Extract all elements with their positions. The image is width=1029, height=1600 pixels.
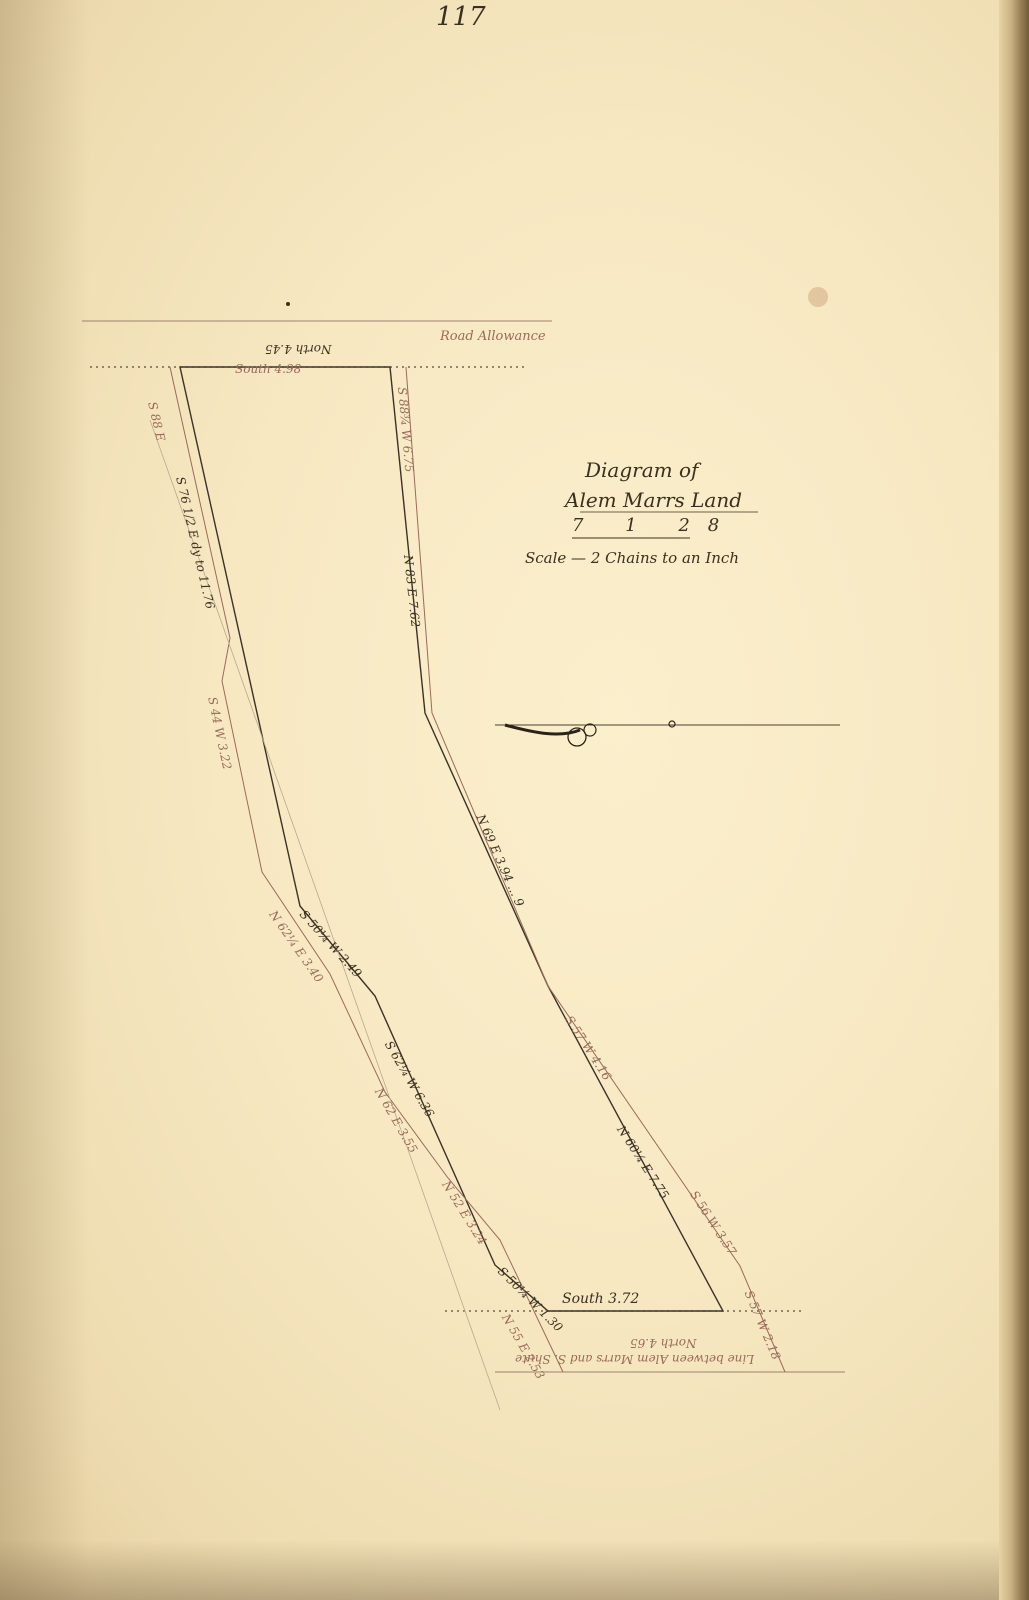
south-bottom-label: South 3.72 [562,1291,639,1307]
manuscript-page: 117 Diagram of Alem Marrs Land 7 1 28 Sc… [0,0,1029,1600]
scale-note: Scale — 2 Chains to an Inch [525,549,739,567]
meridian-circle-icon [669,721,675,727]
page-number: 117 [436,2,486,32]
diagram-title-line3: 7 1 28 [572,515,737,536]
north-bottom-label: North 4.65 [630,1336,697,1350]
bottom-line-label: Line between Alem Marrs and S. Shute [515,1352,754,1366]
north-top-label: North 4.45 [265,342,332,356]
diagram-title-line1: Diagram of [585,458,698,482]
diagram-title-line2: Alem Marrs Land [565,488,742,512]
south-top-label: South 4.98 [235,362,301,376]
road-allowance-label: Road Allowance [440,329,546,344]
